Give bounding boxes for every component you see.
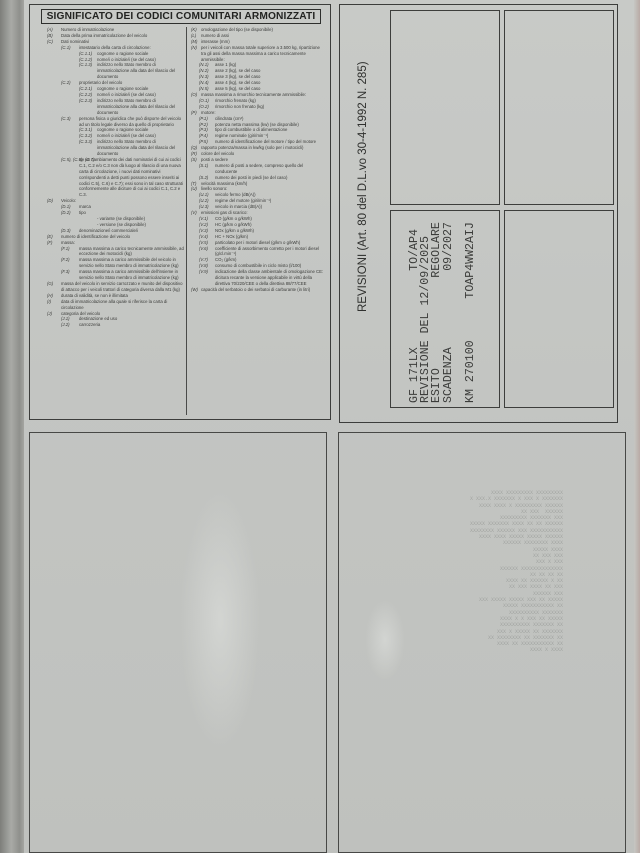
legend-code: (F.2) xyxy=(61,257,79,269)
legend-code: (D.2) xyxy=(61,210,79,216)
legend-text: massa massima a carico ammissibile del v… xyxy=(79,257,185,269)
legend-entry: (S.1)numero di posti a sedere, compreso … xyxy=(191,163,326,175)
legend-entry: (F.1)massa massima a carico tecnicamente… xyxy=(47,246,185,258)
legend-code: (V.9) xyxy=(199,269,215,287)
legend-text: massa massima a carico tecnicamente ammi… xyxy=(79,246,185,258)
bottom-left-panel xyxy=(29,432,327,853)
revision-slot-4 xyxy=(504,210,614,408)
legend-code: (C) xyxy=(47,39,61,45)
legend-text: Se un cambiamento dei dati nominativi di… xyxy=(79,157,185,198)
legend-code: (C.1) xyxy=(61,45,79,51)
legend-entry: (I)data di immatricolazione alla quale s… xyxy=(47,299,185,311)
legend-code: (C.3.3) xyxy=(79,139,97,157)
legend-entry: (J.2)carrozzeria xyxy=(47,322,185,328)
legend-text: indirizzo nello Stato membro di immatric… xyxy=(97,98,185,116)
legend-code: (N) xyxy=(191,45,201,63)
legend-text: carrozzeria xyxy=(79,322,185,328)
legend-panel: SIGNIFICATO DEI CODICI COMUNITARI ARMONI… xyxy=(29,4,331,420)
legend-code: (F.3) xyxy=(61,269,79,281)
legend-text: massa massima a carico ammissibile dell'… xyxy=(79,269,185,281)
legend-entry: (V.9)indicazione della classe ambientale… xyxy=(191,269,326,287)
legend-text: per i veicoli con massa totale superiore… xyxy=(201,45,326,63)
legend-text: data di immatricolazione alla quale si r… xyxy=(61,299,185,311)
legend-code: (C.5), (C.6), (C.7) xyxy=(61,157,79,198)
paper-crease xyxy=(365,600,405,680)
legend-entry: (C.3)persona fisica o giuridica che può … xyxy=(47,116,185,128)
legend-entry: (C.2.3)indirizzo nello Stato membro di i… xyxy=(47,98,185,116)
legend-code: (C.3) xyxy=(61,116,79,128)
show-through-text: XXXXXXXXX XXXXXXXXX XXXX XXXXXXX X XXX X… xyxy=(470,490,563,654)
legend-text: capacità del serbatoio o dei serbatoi di… xyxy=(201,287,326,293)
revision-stamp: GF 171LX TO/AP4 REVISIONE DEL 12/09/2025… xyxy=(409,222,476,403)
legend-text: coefficiente di assorbimento corretto pe… xyxy=(215,246,326,258)
legend-code: (C.2) xyxy=(61,80,79,86)
legend-code: (F.1) xyxy=(61,246,79,258)
legend-code: (I) xyxy=(47,299,61,311)
legend-title: SIGNIFICATO DEI CODICI COMUNITARI ARMONI… xyxy=(41,9,321,24)
legend-entry: (N)per i veicoli con massa totale superi… xyxy=(191,45,326,63)
revisions-heading: REVISIONI (Art. 80 del D.L.vo 30-4-1992 … xyxy=(357,92,371,312)
legend-entry: (C.5), (C.6), (C.7)Se un cambiamento dei… xyxy=(47,157,185,198)
paper-crease xyxy=(180,490,260,750)
legend-text: persona fisica o giuridica che può dispo… xyxy=(79,116,185,128)
legend-text: numero di posti a sedere, compreso quell… xyxy=(215,163,326,175)
page-edge xyxy=(634,0,640,853)
revision-slot-2 xyxy=(504,10,614,205)
revision-slot-3-stamped: GF 171LX TO/AP4 REVISIONE DEL 12/09/2025… xyxy=(390,210,500,408)
legend-entry: (F.2)massa massima a carico ammissibile … xyxy=(47,257,185,269)
legend-entry: (V.6)coefficiente di assorbimento corret… xyxy=(191,246,326,258)
legend-entry: (C.1.3)indirizzo nello Stato membro di i… xyxy=(47,62,185,80)
legend-text: indirizzo nello Stato membro di immatric… xyxy=(97,62,185,80)
legend-code: (C.1.3) xyxy=(79,62,97,80)
legend-code: (G) xyxy=(47,281,61,293)
legend-entry: (C.3.3)indirizzo nello Stato membro di i… xyxy=(47,139,185,157)
legend-code: (W) xyxy=(191,287,201,293)
revision-slot-1 xyxy=(390,10,500,205)
legend-code: (D) xyxy=(47,198,61,204)
legend-text: indirizzo nello Stato membro di immatric… xyxy=(97,139,185,157)
legend-right-column: (K)omologazione del tipo (se disponibile… xyxy=(186,27,326,415)
legend-code: (J.2) xyxy=(61,322,79,328)
legend-text: massa del veicolo in servizio carrozzato… xyxy=(61,281,185,293)
legend-entry: (F.3)massa massima a carico ammissibile … xyxy=(47,269,185,281)
legend-text: indicazione della classe ambientale di o… xyxy=(215,269,326,287)
legend-entry: (G)massa del veicolo in servizio carrozz… xyxy=(47,281,185,293)
legend-code: (F) xyxy=(47,240,61,246)
legend-code: (V.6) xyxy=(199,246,215,258)
legend-entry: (W)capacità del serbatoio o dei serbatoi… xyxy=(191,287,326,293)
legend-left-column: (A)Numero di immatricolazione(B)Data del… xyxy=(47,27,185,328)
legend-code: (C.2.3) xyxy=(79,98,97,116)
legend-code: (S.1) xyxy=(199,163,215,175)
legend-code: (J) xyxy=(47,311,61,317)
